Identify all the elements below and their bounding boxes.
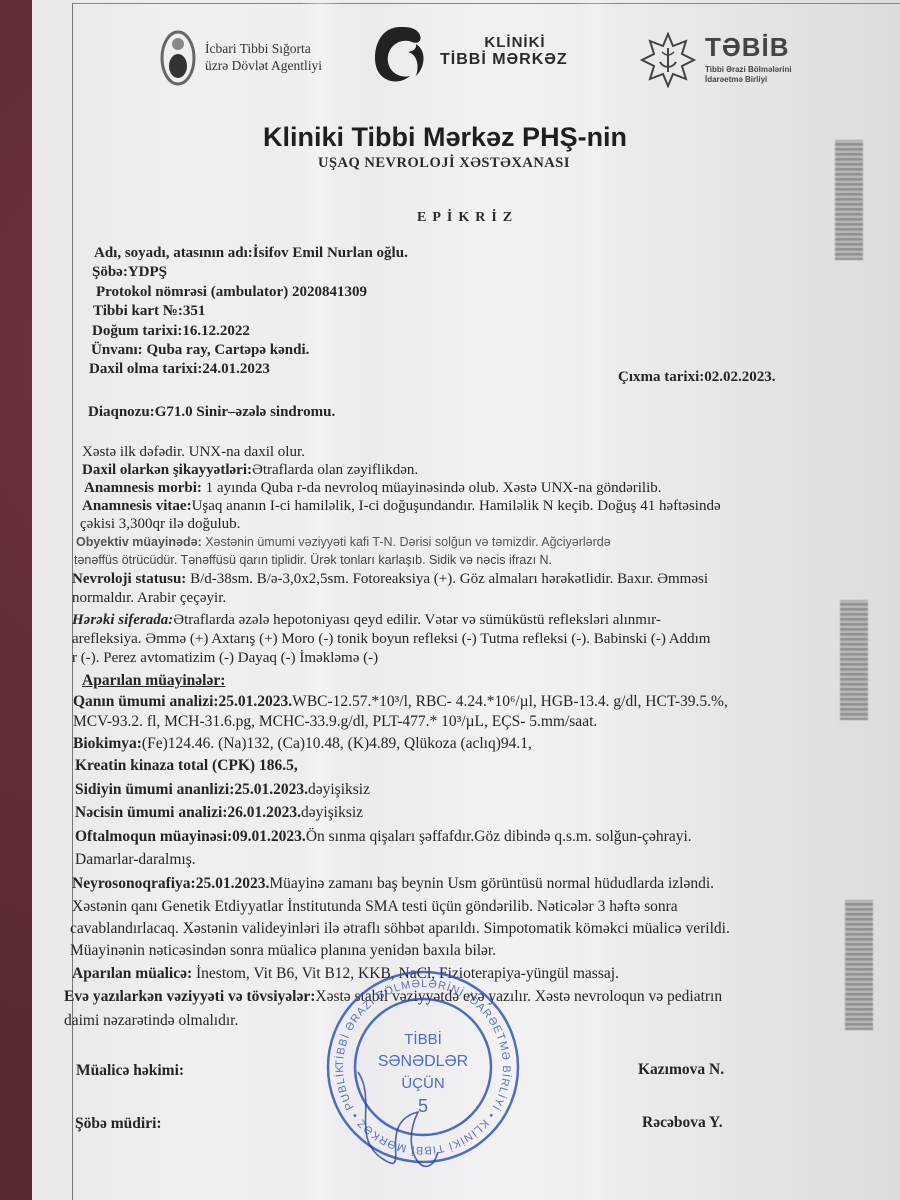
neuro-status-value: B/d-38sm. B/ə-3,0x2,5sm. Fotoreaksiya (+… [186,571,708,587]
urine-test-value: dəyişiksiz [308,781,370,798]
ophthalmology-row: Oftalmoqun müayinəsi:09.01.2023.Ön sınma… [75,828,692,846]
genetic-note-2: cavablandırlacaq. Xəstənin valideyinləri… [70,920,730,938]
discharge-date-row: Çıxma tarixi:02.02.2023. [618,368,775,386]
anamnesis-vitae-cont: çəkisi 3,300qr ilə doğulub. [80,515,240,533]
print-smudge [835,140,863,260]
official-stamp: TİBBİ ƏRAZİ BÖLMƏLƏRİNİ İDARƏETMƏ BİRLİY… [318,962,528,1172]
biochemistry-row: Biokimya:(Fe)124.46. (Na)132, (Ca)10.48,… [73,735,532,753]
intro-text: Xəstə ilk dəfədir. UNX-na daxil olur. [82,443,305,461]
stool-test-row: Nəcisin ümumi analizi:26.01.2023.dəyişik… [75,804,363,822]
discharge-note-label: Evə yazılarkən vəziyyəti və tövsiyələr: [64,988,315,1005]
treating-doctor-name: Kazımova N. [638,1061,724,1079]
discharge-date-label: Çıxma tarixi: [618,369,704,385]
neurosonography-label: Neyrosonoqrafiya:25.01.2023. [72,875,269,892]
objective-value: Xəstənin ümumi vəziyyəti kafi T-N. Dəris… [202,535,611,549]
clinical-center-logo-icon [370,24,430,86]
motor-value: Ətraflarda əzələ hepotoniyası qeyd edili… [173,612,661,628]
discharge-date-value: 02.02.2023. [704,369,775,385]
blood-test-cont: MCV-93.2. fl, MCH-31.6.pg, MCHC-33.9.g/d… [73,713,597,731]
neurosonography-row: Neyrosonoqrafiya:25.01.2023.Müayinə zama… [72,875,714,893]
document-subtitle: UŞAQ NEVROLOJİ XƏSTƏXANASI [318,155,570,172]
cpk-row: Kreatin kinaza total (CPK) 186.5, [75,757,298,775]
blood-test-label: Qanın ümumi analizi:25.01.2023. [73,693,292,710]
address-value: Quba ray, Cartəpə kəndi. [146,342,309,358]
biochemistry-value: (Fe)124.46. (Na)132, (Ca)10.48, (K)4.89,… [142,735,532,752]
birth-date-value: 16.12.2022 [182,323,250,339]
clinical-center-line1: KLİNİKİ [440,34,560,51]
address-row: Ünvanı: Quba ray, Cartəpə kəndi. [91,341,309,359]
print-smudge [845,900,873,1030]
insurance-agency-logo-icon [160,30,196,86]
tabib-line2: İdarəetmə Birliyi [705,75,792,85]
anamnesis-morbi-value: 1 ayında Quba r-da nevroloq müayinəsində… [202,480,662,496]
clinical-center-line2: TİBBİ MƏRKƏZ [440,51,560,69]
stool-test-value: dəyişiksiz [301,804,363,821]
svg-text:5: 5 [418,1096,428,1116]
urine-test-row: Sidiyin ümumi ananlizi:25.01.2023.dəyişi… [75,781,370,799]
anamnesis-morbi-row: Anamnesis morbi: 1 ayında Quba r-da nevr… [84,479,662,497]
anamnesis-vitae-value: Uşaq ananın I-ci hamiləlik, I-ci doğuşun… [192,498,721,514]
examinations-heading: Aparılan müayinələr: [82,672,225,690]
anamnesis-vitae-row: Anamnesis vitae:Uşaq ananın I-ci hamiləl… [82,497,721,515]
tabib-name: TƏBİB [705,32,792,63]
diagnosis-label: Diaqnozu: [88,404,155,420]
discharge-note-cont: daimi nəzarətində olmalıdır. [64,1012,238,1030]
genetic-note-1: Xəstənin qanı Genetik Etdiyyatlar İnstit… [72,898,678,916]
objective-row: Obyektiv müayinədə: Xəstənin ümumi vəziy… [76,533,611,551]
motor-label: Hərəki siferada: [72,612,173,628]
department-value: YDPŞ [128,264,167,280]
department-head-label: Şöbə müdiri: [75,1115,162,1133]
department-label: Şöbə: [92,264,128,280]
department-row: Şöbə:YDPŞ [92,263,167,281]
neurosonography-value: Müayinə zamanı baş beynin Usm görüntüsü … [269,875,714,892]
blood-test-value: WBC-12.57.*10³/l, RBC- 4.24.*10⁶/µl, HGB… [292,693,728,710]
admission-date-row: Daxil olma tarixi:24.01.2023 [89,360,270,378]
objective-label: Obyektiv müayinədə: [76,535,202,549]
medical-card-label: Tibbi kart №: [93,303,183,319]
urine-test-label: Sidiyin ümumi ananlizi:25.01.2023. [75,781,308,798]
paper-fold [575,0,615,1200]
complaints-row: Daxil olarkən şikayyətləri:Ətraflarda ol… [82,461,418,479]
motor-cont-1: arefleksiya. Əmmə (+) Axtarış (+) Moro (… [72,630,710,648]
protocol-label: Protokol nömrəsi (ambulator) [96,284,288,300]
svg-text:SƏNƏDLƏR: SƏNƏDLƏR [378,1053,468,1070]
objective-cont: tənəffüs ötrücüdür. Tənəffüsü qarın tipl… [74,551,552,569]
print-smudge [840,600,868,720]
complaints-label: Daxil olarkən şikayyətləri: [82,462,252,478]
department-head-name: Rəcəbova Y. [642,1114,723,1132]
stamp-seal-icon: TİBBİ ƏRAZİ BÖLMƏLƏRİNİ İDARƏETMƏ BİRLİY… [318,962,528,1192]
birth-date-row: Doğum tarixi:16.12.2022 [92,322,250,340]
clinical-center-logo [370,24,430,91]
tabib-star-logo-icon [640,32,696,88]
admission-date-value: 24.01.2023 [202,361,270,377]
insurance-agency-logo [160,30,196,91]
birth-date-label: Doğum tarixi: [92,323,182,339]
ophthalmology-value: Ön sınma qişaları şəffafdır.Göz dibində … [306,828,692,845]
motor-row: Hərəki siferada:Ətraflarda əzələ hepoton… [72,611,661,629]
motor-cont-2: r (-). Perez avtomatizim (-) Dayaq (-) İ… [72,649,378,667]
diagnosis-row: Diaqnozu:G71.0 Sinir–əzələ sindromu. [88,403,335,421]
cpk-label: Kreatin kinaza total (CPK) [75,757,255,774]
admission-date-label: Daxil olma tarixi: [89,361,202,377]
document-type: EPİKRİZ [417,210,518,226]
protocol-row: Protokol nömrəsi (ambulator) 2020841309 [96,283,367,301]
stool-test-label: Nəcisin ümumi analizi:26.01.2023. [75,804,301,821]
insurance-agency-line2: üzrə Dövlət Agentliyi [205,57,322,74]
tabib-line1: Tibbi Ərazi Bölmələrini [705,65,792,75]
ophthalmology-label: Oftalmoqun müayinəsi:09.01.2023. [75,828,306,845]
protocol-value: 2020841309 [292,284,367,300]
anamnesis-vitae-label: Anamnesis vitae: [82,498,192,514]
blood-test-row: Qanın ümumi analizi:25.01.2023.WBC-12.57… [73,693,728,711]
anamnesis-morbi-label: Anamnesis morbi: [84,480,202,496]
cpk-value: 186.5, [255,757,298,774]
neuro-status-row: Nevroloji statusu: B/d-38sm. B/ə-3,0x2,5… [72,570,708,588]
svg-text:TİBBİ: TİBBİ [404,1030,442,1048]
address-label: Ünvanı: [91,342,143,358]
svg-text:ÜÇÜN: ÜÇÜN [401,1074,444,1092]
treating-doctor-label: Müalicə həkimi: [76,1062,184,1080]
genetic-note-3: Müayinənin nəticəsindən sonra müalicə pl… [70,942,496,960]
tabib-logo [640,32,696,93]
neuro-status-cont: normaldır. Arabir çeçəyir. [72,589,226,607]
treatment-label: Aparılan müalicə: [72,965,192,982]
complaints-value: Ətraflarda olan zəyiflikdən. [252,462,418,478]
ophthalmology-cont: Damarlar-daralmış. [75,851,196,869]
biochemistry-label: Biokimya: [73,735,142,752]
medical-card-value: 351 [183,303,206,319]
patient-name-label: Adı, soyadı, atasının adı: [94,245,253,261]
neuro-status-label: Nevroloji statusu: [72,571,186,587]
medical-card-row: Tibbi kart №:351 [93,302,205,320]
patient-name-row: Adı, soyadı, atasının adı:İsifov Emil Nu… [94,244,408,262]
insurance-agency-line1: İcbari Tibbi Sığorta [205,40,322,57]
document-title: Kliniki Tibbi Mərkəz PHŞ-nin [263,122,627,153]
diagnosis-value: G71.0 Sinir–əzələ sindromu. [155,404,336,420]
patient-name-value: İsifov Emil Nurlan oğlu. [253,245,408,261]
